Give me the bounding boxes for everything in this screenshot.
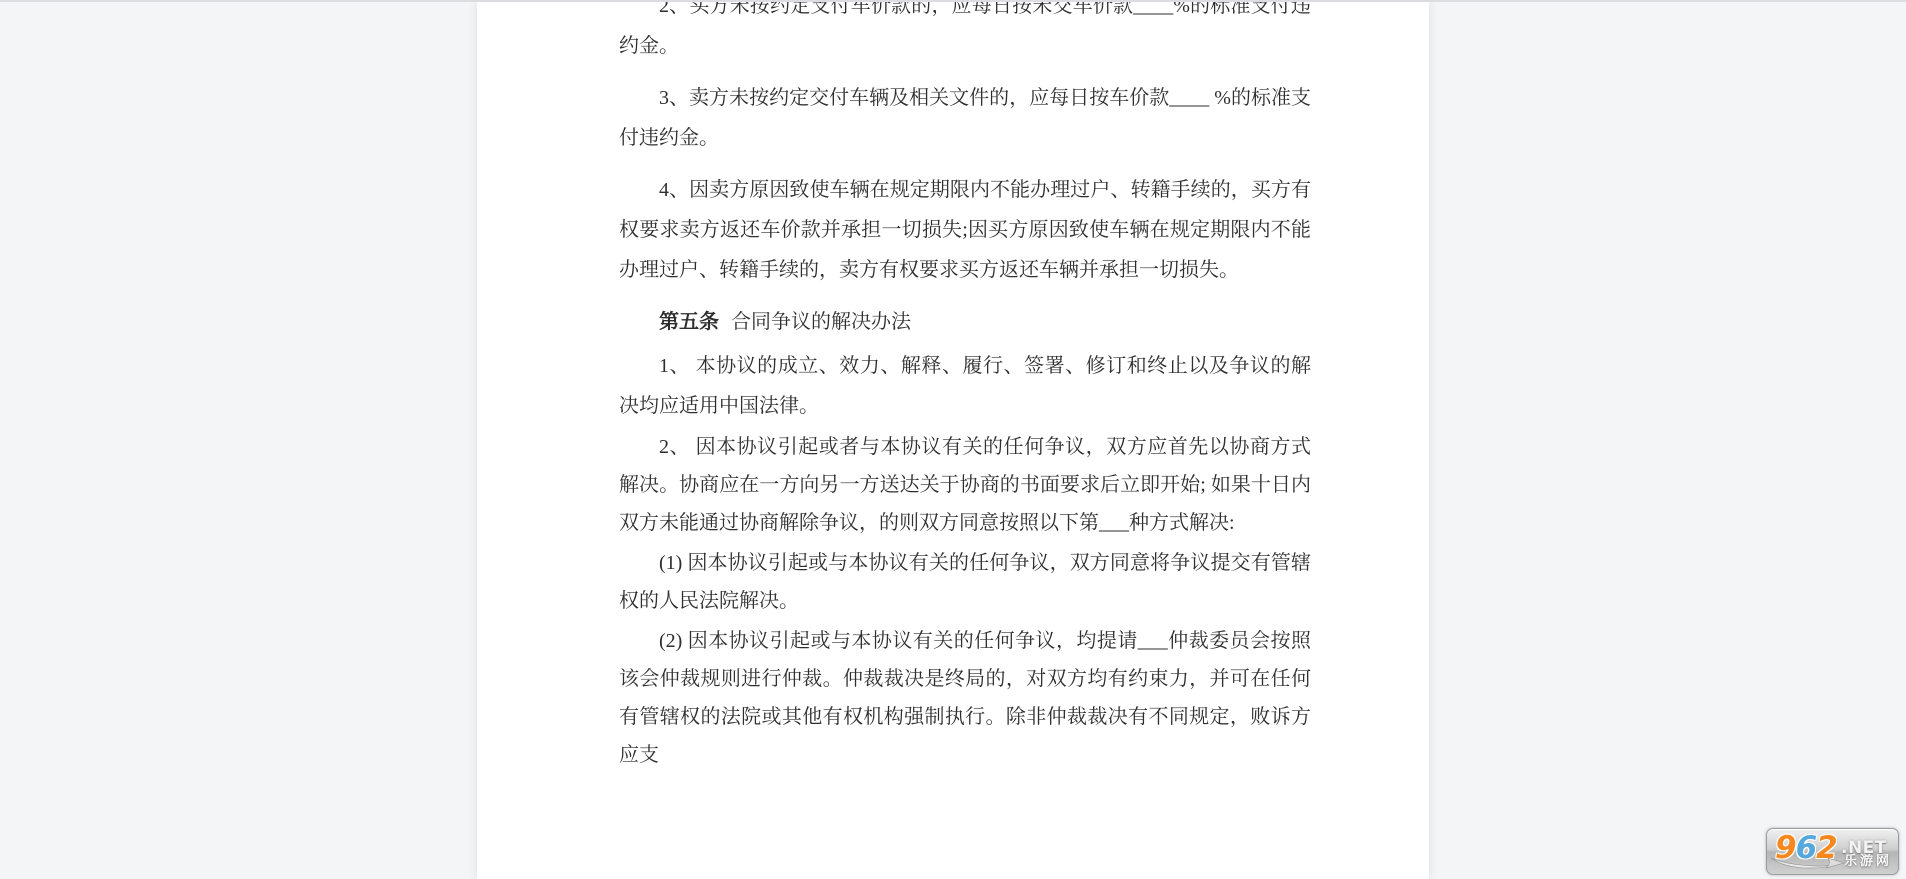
dispute-item-2: 2、 因本协议引起或者与本协议有关的任何争议，双方应首先以协商方式解决。协商应在… bbox=[619, 428, 1311, 542]
962net-watermark-logo: 962 .NET 乐游网 bbox=[1766, 828, 1899, 875]
article-5-label: 第五条 bbox=[659, 311, 719, 333]
swoosh-arrow-icon bbox=[1770, 855, 1850, 871]
logo-site-name: 乐游网 bbox=[1844, 850, 1892, 869]
dispute-option-arbitration: (2) 因本协议引起或与本协议有关的任何争议，均提请___仲裁委员会按照该会仲裁… bbox=[619, 622, 1311, 774]
article-5-title: 合同争议的解决办法 bbox=[731, 311, 911, 333]
clause-late-payment: 2、买方未按约定支付车价款的，应每日按未交车价款____%的标准支付违约金。 bbox=[619, 0, 1311, 66]
dispute-item-1: 1、 本协议的成立、效力、解释、履行、签署、修订和终止以及争议的解决均应适用中国… bbox=[619, 346, 1311, 426]
clause-late-delivery: 3、卖方未按约定交付车辆及相关文件的，应每日按车价款____ %的标准支付违约金… bbox=[619, 78, 1311, 158]
page-scroll-area[interactable]: 2、买方未按约定支付车价款的，应每日按未交车价款____%的标准支付违约金。 3… bbox=[477, 2, 1429, 879]
browser-viewport: { "window": { "background_color": "#f4f5… bbox=[0, 0, 1906, 879]
dispute-option-court: (1) 因本协议引起或与本协议有关的任何争议，双方同意将争议提交有管辖权的人民法… bbox=[619, 544, 1311, 620]
contract-text-column: 2、买方未按约定支付车价款的，应每日按未交车价款____%的标准支付违约金。 3… bbox=[619, 0, 1311, 774]
clause-transfer-failure: 4、因卖方原因致使车辆在规定期限内不能办理过户、转籍手续的，买方有权要求卖方返还… bbox=[619, 170, 1311, 290]
article-5-heading: 第五条合同争议的解决办法 bbox=[619, 302, 1311, 342]
